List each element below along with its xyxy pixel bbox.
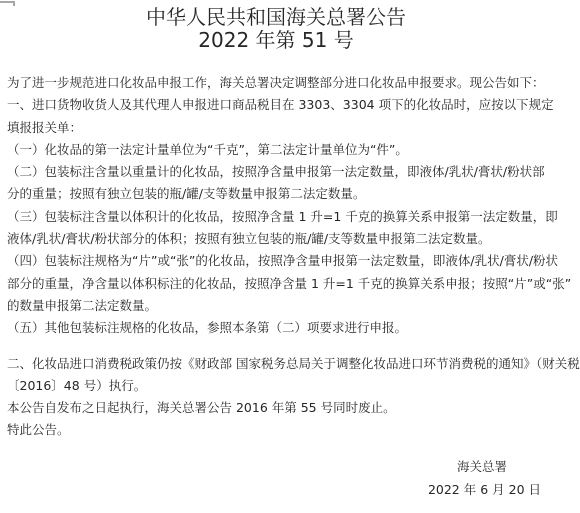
body-line: 为了进一步规范进口化妆品申报工作，海关总署决定调整部分进口化妆品申报要求。现公告… [7,72,580,94]
body-line: 特此公告。 [7,419,580,441]
body-line: 填报报关单： [7,117,580,139]
body-line: 部分的重量，净含量以体积标注的化妆品，按照净含量 1 升=1 千克的换算关系申报… [7,273,580,295]
body-line: 的数量申报第二法定数量。 [7,295,580,317]
body-line: 分的重量；按照有独立包装的瓶/罐/支等数量申报第二法定数量。 [7,183,580,205]
table-corner-mark-horizontal [0,1,14,3]
announcement-body: 为了进一步规范进口化妆品申报工作，海关总署决定调整部分进口化妆品申报要求。现公告… [0,72,580,442]
body-line: 液体/乳状/膏状/粉状部分的体积；按照有独立包装的瓶/罐/支等数量申报第二法定数… [7,228,580,250]
table-corner-mark-vertical [13,1,15,6]
signature-block: 海关总署 2022 年 6 月 20 日 [0,455,580,501]
body-line: （五）其他包装标注规格的化妆品，参照本条第（二）项要求进行申报。 [7,317,580,339]
body-line: （一）化妆品的第一法定计量单位为“千克”，第二法定计量单位为“件”。 [7,139,580,161]
title-line-1: 中华人民共和国海关总署公告 [0,6,552,29]
signature-date: 2022 年 6 月 20 日 [0,478,541,501]
body-line-section-2: 二、化妆品进口消费税政策仍按《财政部 国家税务总局关于调整化妆品进口环节消费税的… [7,353,580,375]
body-line: 一、进口货物收货人及其代理人申报进口商品税目在 3303、3304 项下的化妆品… [7,94,580,116]
body-line: 本公告自发布之日起执行，海关总署公告 2016 年第 55 号同时废止。 [7,397,580,419]
title-line-2: 2022 年第 51 号 [0,29,552,52]
body-line: （四）包装标注规格为“片”或“张”的化妆品，按照净含量申报第一法定数量，即液体/… [7,250,580,272]
body-line: （三）包装标注含量以体积计的化妆品，按照净含量 1 升=1 千克的换算关系申报第… [7,206,580,228]
signature-org: 海关总署 [0,455,541,478]
body-line: 〔2016〕48 号）执行。 [7,375,580,397]
announcement-title: 中华人民共和国海关总署公告 2022 年第 51 号 [0,6,552,52]
body-line: （二）包装标注含量以重量计的化妆品，按照净含量申报第一法定数量，即液体/乳状/膏… [7,161,580,183]
